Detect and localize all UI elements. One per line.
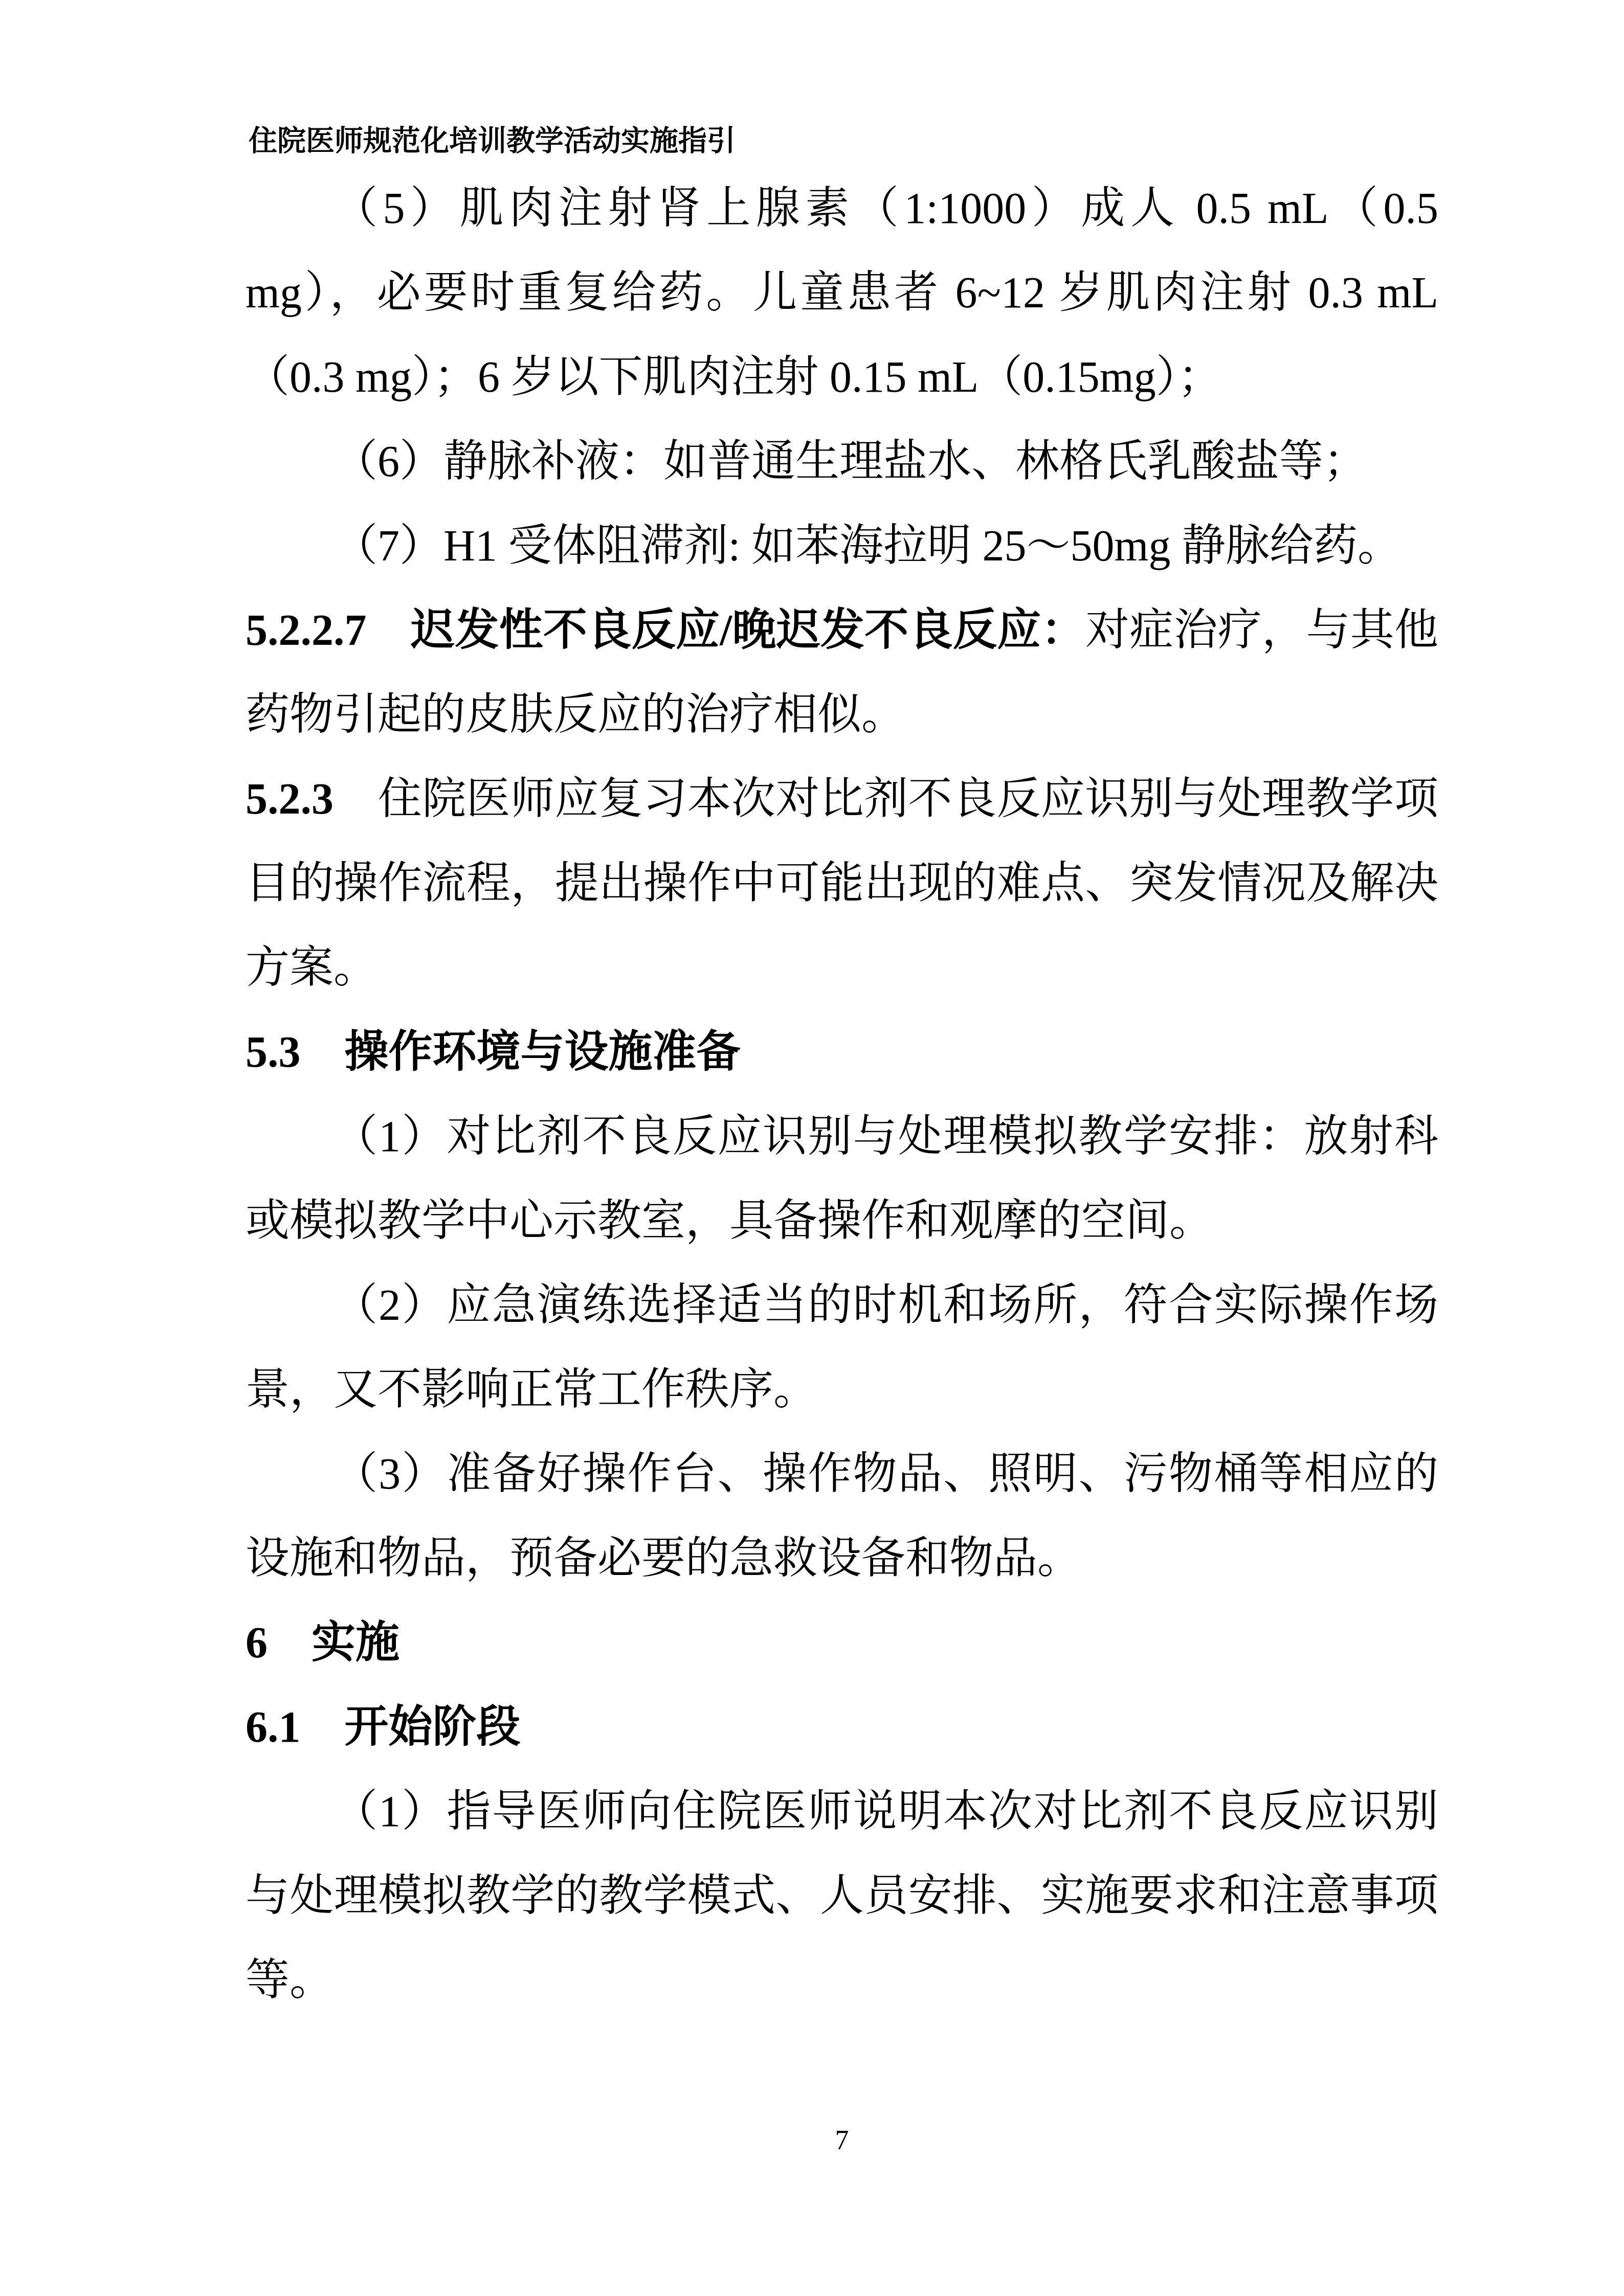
heading: 5.3 操作环境与设施准备 [246, 1010, 1438, 1094]
bold-text-segment: 5.2.3 [246, 774, 333, 823]
paragraph: （5）肌肉注射肾上腺素（1:1000）成人 0.5 mL（0.5 mg），必要时… [246, 166, 1438, 419]
text-segment: （1）对比剂不良反应识别与处理模拟教学安排：放射科或模拟教学中心示教室，具备操作… [246, 1112, 1438, 1245]
bold-text-segment: 6.1 开始阶段 [246, 1702, 521, 1751]
heading: 6 实施 [246, 1601, 1438, 1685]
bold-text-segment: 6 实施 [246, 1618, 399, 1667]
document-body: （5）肌肉注射肾上腺素（1:1000）成人 0.5 mL（0.5 mg），必要时… [246, 166, 1438, 2022]
paragraph: （3）准备好操作台、操作物品、照明、污物桶等相应的设施和物品，预备必要的急救设备… [246, 1432, 1438, 1601]
text-segment: （1）指导医师向住院医师说明本次对比剂不良反应识别与处理模拟教学的教学模式、人员… [246, 1787, 1438, 2005]
document-page: 住院医师规范化培训教学活动实施指引 （5）肌肉注射肾上腺素（1:1000）成人 … [0, 0, 1624, 2296]
text-segment: （6）静脉补液：如普通生理盐水、林格氏乳酸盐等； [333, 437, 1367, 486]
clause: 5.2.3 住院医师应复习本次对比剂不良反应识别与处理教学项目的操作流程，提出操… [246, 757, 1438, 1010]
running-header: 住院医师规范化培训教学活动实施指引 [249, 123, 736, 159]
paragraph: （1）指导医师向住院医师说明本次对比剂不良反应识别与处理模拟教学的教学模式、人员… [246, 1769, 1438, 2022]
page-footer: 7 [246, 2122, 1438, 2158]
paragraph: （2）应急演练选择适当的时机和场所，符合实际操作场景，又不影响正常工作秩序。 [246, 1263, 1438, 1432]
text-segment: 住院医师应复习本次对比剂不良反应识别与处理教学项目的操作流程，提出操作中可能出现… [246, 774, 1438, 992]
clause: 5.2.2.7 迟发性不良反应/晚迟发不良反应：对症治疗，与其他药物引起的皮肤反… [246, 588, 1438, 757]
text-segment: （3）准备好操作台、操作物品、照明、污物桶等相应的设施和物品，预备必要的急救设备… [246, 1449, 1438, 1583]
text-segment: （5）肌肉注射肾上腺素（1:1000）成人 0.5 mL（0.5 mg），必要时… [246, 184, 1438, 401]
bold-text-segment: 5.2.2.7 迟发性不良反应/晚迟发不良反应： [246, 605, 1085, 655]
text-segment: （2）应急演练选择适当的时机和场所，符合实际操作场景，又不影响正常工作秩序。 [246, 1280, 1438, 1414]
paragraph: （1）对比剂不良反应识别与处理模拟教学安排：放射科或模拟教学中心示教室，具备操作… [246, 1094, 1438, 1263]
page-number: 7 [835, 2125, 849, 2155]
paragraph: （6）静脉补液：如普通生理盐水、林格氏乳酸盐等； [246, 419, 1438, 504]
heading: 6.1 开始阶段 [246, 1685, 1438, 1769]
text-segment: （7）H1 受体阻滞剂: 如苯海拉明 25～50mg 静脉给药。 [333, 521, 1401, 570]
bold-text-segment: 5.3 操作环境与设施准备 [246, 1027, 741, 1076]
paragraph: （7）H1 受体阻滞剂: 如苯海拉明 25～50mg 静脉给药。 [246, 504, 1438, 588]
